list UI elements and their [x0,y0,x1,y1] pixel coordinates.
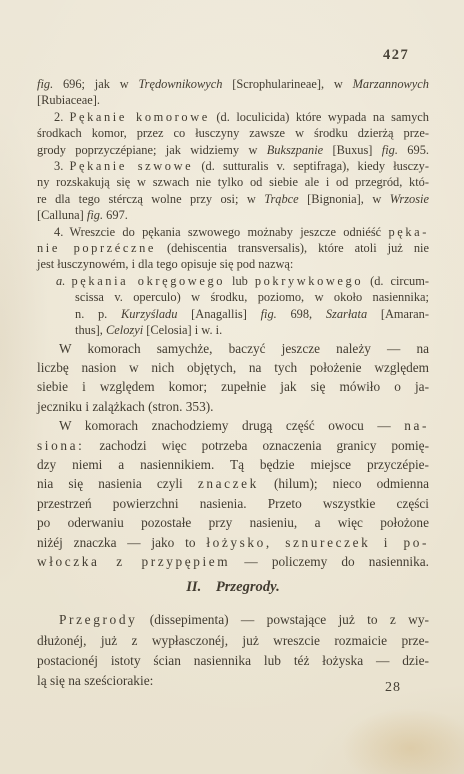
text-segment: Wrzosie [390,192,429,206]
text-segment: na- [404,418,429,433]
text-block: 3. Pękanie szwowe (d. sutturalis v. sept… [37,158,429,224]
text-block: 2. Pękanie komorowe (d. loculicida) któr… [37,109,429,158]
text-line: W komorach samychże, baczyć jeszcze nale… [37,339,429,358]
page-number: 427 [383,47,409,64]
text-line: niżéj znaczka — jako to łożysko, sznurec… [37,533,429,552]
text-line: [Calluna] fig. 697. [37,207,429,223]
text-segment: n. p. [75,307,121,321]
text-line: nia się nasienia czyli znaczek (hilum); … [37,474,429,493]
text-line: a. pękania okręgowego lub pokrywkowego (… [56,273,429,289]
text-segment: [Amaran- [367,307,429,321]
text-segment: postacionéj istoty ścian nasiennika lub … [37,653,429,668]
text-line: nie poprzéczne (dehiscentia transversali… [37,240,429,256]
text-line: II. Przegrody. [37,577,429,597]
text-segment: Marzannowych [353,77,429,91]
text-line: siona: zachodzi więc potrzeba oznaczenia… [37,436,429,455]
text-block: fig. 696; jak w Trędownikowych [Scrophul… [37,76,429,109]
text-segment: pokrywkowego [255,274,363,288]
text-segment: niżéj znaczka — jako to [37,535,206,550]
text-line: środkach komor, przez co łusczyny zawsze… [37,125,429,141]
signature-mark: 28 [385,680,401,696]
section-heading: II. Przegrody. [37,577,429,597]
text-segment: fig. [382,143,398,157]
text-segment: II. Przegrody. [186,579,280,595]
text-segment: [Calluna] [37,208,87,222]
text-segment: W komorach samychże, baczyć jeszcze nale… [59,341,429,356]
text-segment: po oderwaniu pozostałe przy nasieniu, a … [37,515,429,530]
text-segment: 695. [398,143,429,157]
text-line: jeczniku i zalążkach (stron. 353). [37,397,429,416]
text-block: W komorach znachodziemy drugą część owoc… [37,416,429,571]
text-line: po oderwaniu pozostałe przy nasieniu, a … [37,513,429,532]
text-line: thus], Celozyi [Celosia] i w. i. [75,322,429,338]
text-segment: grody poprzyczépiane; jak widziemy w [37,143,267,157]
text-segment: (hilum); nieco odmienna [259,476,429,491]
text-segment: środkach komor, przez co łusczyny zawsze… [37,126,429,140]
text-segment: siona: [37,438,84,453]
text-line: jest łusczynowém, i dla tego opisuje się… [37,256,429,272]
text-line: dłużonéj, już z wypłasczonéj, już wreszc… [37,631,429,651]
text-segment: [Anagallis] [177,307,260,321]
text-segment: zachodzi więc potrzeba oznaczenia granic… [84,438,429,453]
text-segment: W komorach znachodziemy drugą część owoc… [59,418,404,433]
text-segment: [Scrophularineae], w [222,77,352,91]
text-segment: dzy niemi a nasiennikiem. Tą będzie miej… [37,457,429,472]
text-line: siebie i względem komor; zupełnie jak si… [37,377,429,396]
text-segment: Bukszpanie [267,143,323,157]
text-segment: Pękanie komorowe [70,110,210,124]
text-column: fig. 696; jak w Trędownikowych [Scrophul… [37,76,429,691]
text-segment: pęka- [388,225,429,239]
text-segment: 696; jak w [53,77,138,91]
text-line: włoczka z przypępiem — policzemy do nasi… [37,552,429,571]
text-line: 4. Wreszcie do pękania szwowego możnaby … [37,224,429,240]
text-segment: nia się nasienia czyli [37,476,198,491]
text-segment: [Bignonia], w [299,192,390,206]
text-segment: (d. circum- [363,274,429,288]
text-segment: fig. [37,77,53,91]
text-line: re dla tego stérczą wolne przy osi; w Tr… [37,191,429,207]
text-segment: siebie i względem komor; zupełnie jak si… [37,379,429,394]
text-line: [Rubiaceae]. [37,92,429,108]
text-segment: Przegrody [59,612,137,627]
text-line: przestrzeń powierzchni nasienia. Przeto … [37,494,429,513]
text-line: 2. Pękanie komorowe (d. loculicida) któr… [37,109,429,125]
text-segment: dłużonéj, już z wypłasczonéj, już wreszc… [37,633,429,648]
text-segment: Szarłata [326,307,367,321]
text-segment: re dla tego stérczą wolne przy osi; w [37,192,264,206]
text-segment: ny rozskakują się w szwach nie tylko od … [37,175,429,189]
text-block: Przegrody (dissepimenta) — powstające ju… [37,610,429,691]
text-line: dzy niemi a nasiennikiem. Tą będzie miej… [37,455,429,474]
text-segment: (dissepimenta) — powstające już to z wy- [137,612,429,627]
text-line: W komorach znachodziemy drugą część owoc… [37,416,429,435]
text-line: grody poprzyczépiane; jak widziemy w Buk… [37,142,429,158]
text-segment: (dehiscentia transversalis), które atoli… [156,241,429,255]
text-segment: [Rubiaceae]. [37,93,100,107]
text-segment: [Celosia] i w. i. [143,323,222,337]
text-segment: Pękanie szwowe [70,159,194,173]
book-page: 427 fig. 696; jak w Trędownikowych [Scro… [0,0,464,774]
text-segment: 697. [103,208,128,222]
text-segment: 4. Wreszcie do pękania szwowego możnaby … [54,225,388,239]
text-segment: 2. [54,110,70,124]
text-segment: Kurzyśladu [121,307,177,321]
text-segment: lą się na sześciorakie: [37,673,153,688]
text-segment: łożysko, sznureczek i po- [206,535,429,550]
text-line: liczbę nasion w nich objętych, na tych p… [37,358,429,377]
text-segment: 698, [277,307,326,321]
text-block: 4. Wreszcie do pękania szwowego możnaby … [37,224,429,273]
text-segment: a. [56,274,72,288]
text-segment: liczbę nasion w nich objętych, na tych p… [37,360,429,375]
text-segment: thus], [75,323,106,337]
text-segment: jeczniku i zalążkach (stron. 353). [37,399,213,414]
text-line: fig. 696; jak w Trędownikowych [Scrophul… [37,76,429,92]
text-segment: pękania okręgowego [72,274,226,288]
text-segment: przestrzeń powierzchni nasienia. Przeto … [37,496,429,511]
text-segment: Trędownikowych [138,77,222,91]
text-block: a. pękania okręgowego lub pokrywkowego (… [37,273,429,339]
text-segment: (d. loculicida) które wypada na samych [210,110,429,124]
text-line: lą się na sześciorakie: [37,671,429,691]
text-segment: Trąbce [264,192,298,206]
text-segment: fig. [87,208,103,222]
text-segment: — policzemy do nasiennika. [230,554,429,569]
text-block: W komorach samychże, baczyć jeszcze nale… [37,339,429,417]
text-segment: Celozyi [106,323,143,337]
text-line: ny rozskakują się w szwach nie tylko od … [37,174,429,190]
text-line: Przegrody (dissepimenta) — powstające ju… [37,610,429,630]
text-segment: 3. [54,159,70,173]
text-line: scissa v. operculo) w środku, poziomo, w… [75,289,429,305]
text-line: 3. Pękanie szwowe (d. sutturalis v. sept… [37,158,429,174]
text-segment: lub [225,274,255,288]
text-segment: fig. [261,307,277,321]
text-segment: włoczka z przypępiem [37,554,230,569]
text-segment: (d. sutturalis v. septifraga), kiedy łus… [193,159,429,173]
text-line: n. p. Kurzyśladu [Anagallis] fig. 698, S… [75,306,429,322]
text-line: postacionéj istoty ścian nasiennika lub … [37,651,429,671]
text-segment: nie poprzéczne [37,241,156,255]
text-segment: znaczek [198,476,259,491]
text-segment: jest łusczynowém, i dla tego opisuje się… [37,257,293,271]
text-segment: scissa v. operculo) w środku, poziomo, w… [75,290,429,304]
text-segment: [Buxus] [323,143,382,157]
